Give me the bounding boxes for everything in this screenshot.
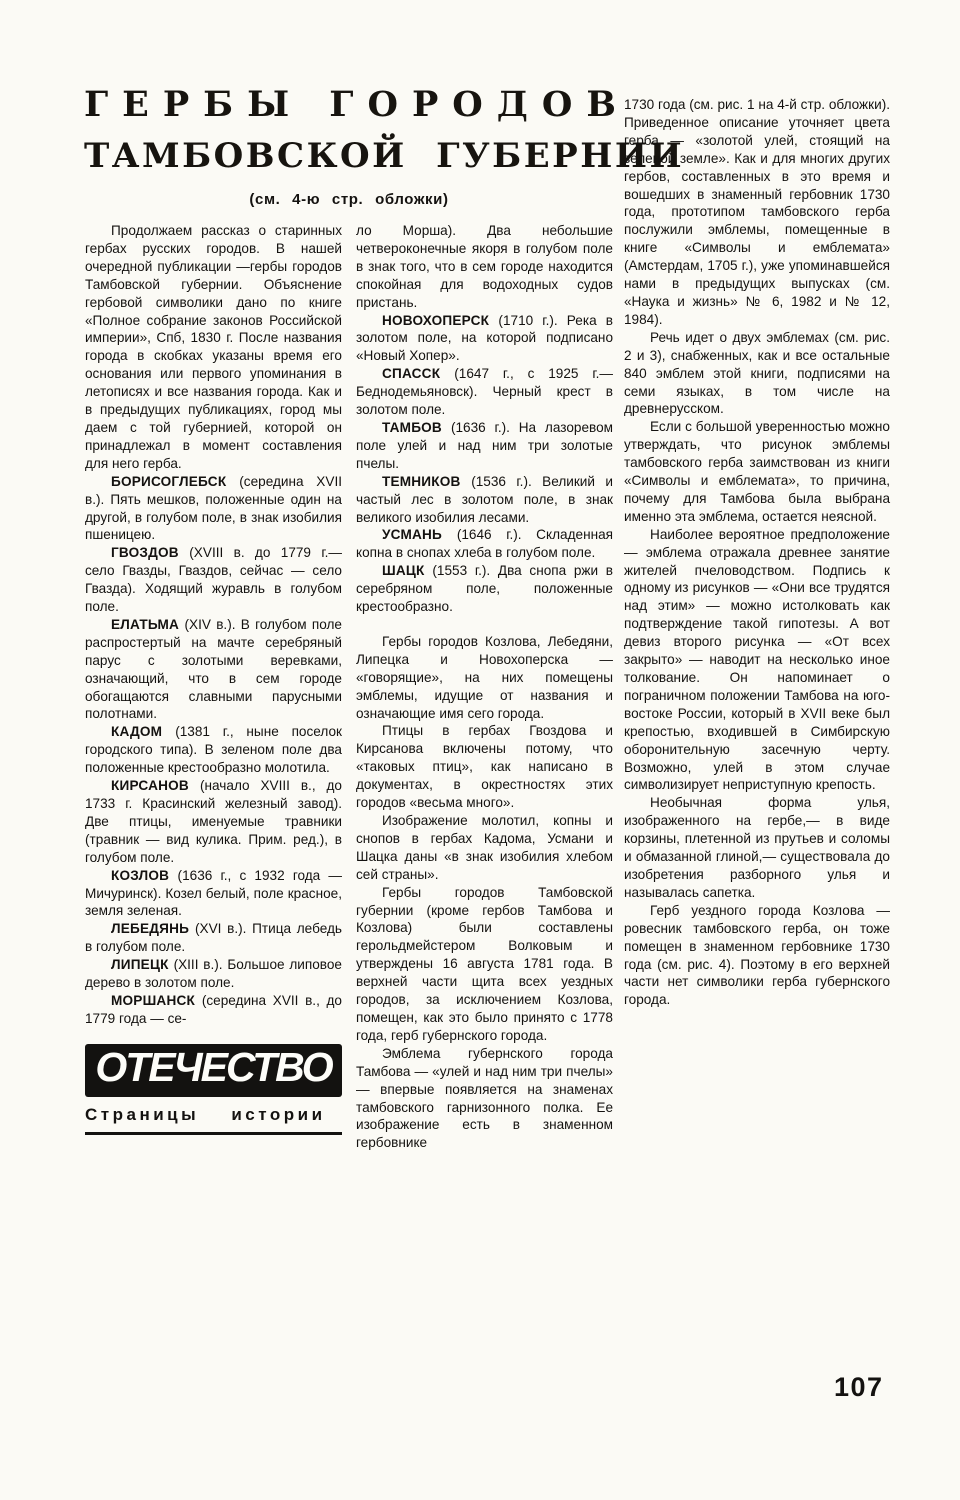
paragraph: Герб уездного города Козлова — ровесник … (624, 902, 890, 1009)
entry-city-name: ТЕМНИКОВ (382, 474, 471, 489)
entry-city-name: КИРСАНОВ (111, 778, 200, 793)
paragraph: Продолжаем рассказ о старинных гербах ру… (85, 222, 342, 473)
page-title-line2: ТАМБОВСКОЙ ГУБЕРНИИ (84, 136, 617, 176)
paragraph: Эмблема губернского города Тамбова — «ул… (356, 1045, 613, 1152)
entry-city-name: НОВОХОПЕРСК (382, 313, 498, 328)
glossary-entry: КИРСАНОВ (начало XVIII в., до 1733 г. Кр… (85, 777, 342, 867)
logo-text: ОТЕЧЕСТВО (95, 1044, 331, 1090)
entry-city-name: ЛЕБЕДЯНЬ (111, 921, 195, 936)
column-2: ло Морша). Два небольшие четвероконечные… (356, 222, 613, 1152)
entry-city-name: КАДОМ (111, 724, 175, 739)
glossary-entry: СПАССК (1647 г., с 1925 г.— Беднодемьяно… (356, 365, 613, 419)
entry-city-name: КОЗЛОВ (111, 868, 178, 883)
entry-city-name: БОРИСОГЛЕБСК (111, 474, 239, 489)
glossary-entry: ТЕМНИКОВ (1536 г.). Великий и частый лес… (356, 473, 613, 527)
glossary-entry: ЕЛАТЬМА (XIV в.). В голубом поле распрос… (85, 616, 342, 723)
glossary-entry: НОВОХОПЕРСК (1710 г.). Река в золотом по… (356, 312, 613, 366)
article-subtitle: (см. 4-ю стр. обложки) (84, 191, 614, 208)
magazine-page: ГЕРБЫ ГОРОДОВ ТАМБОВСКОЙ ГУБЕРНИИ (см. 4… (0, 0, 960, 1500)
article-header: ГЕРБЫ ГОРОДОВ ТАМБОВСКОЙ ГУБЕРНИИ (см. 4… (84, 84, 614, 208)
column-1: Продолжаем рассказ о старинных гербах ру… (85, 222, 342, 1135)
logo-otechestvo-banner: ОТЕЧЕСТВО (85, 1044, 342, 1097)
glossary-entry: ЛЕБЕДЯНЬ (XVI в.). Птица лебедь в голубо… (85, 920, 342, 956)
entry-city-name: ЛИПЕЦК (111, 957, 174, 972)
glossary-entry: МОРШАНСК (середина XVII в., до 1779 года… (85, 992, 342, 1028)
page-number: 107 (834, 1372, 884, 1403)
glossary-entry: ШАЦК (1553 г.). Два снопа ржи в серебрян… (356, 562, 613, 616)
paragraph: Речь идет о двух эмблемах (см. рис. 2 и … (624, 329, 890, 419)
glossary-entry: УСМАНЬ (1646 г.). Складенная копна в сно… (356, 526, 613, 562)
paragraph: ло Морша). Два небольшие четвероконечные… (356, 222, 613, 312)
paragraph: Птицы в гербах Гвоздова и Кирсанова вклю… (356, 722, 613, 812)
entry-city-name: ШАЦК (382, 563, 432, 578)
paragraph: Гербы городов Тамбовской губернии (кроме… (356, 884, 613, 1045)
entry-city-name: ТАМБОВ (382, 420, 451, 435)
glossary-entry: КОЗЛОВ (1636 г., с 1932 года — Мичуринск… (85, 867, 342, 921)
column-3: 1730 года (см. рис. 1 на 4-й стр. обложк… (624, 96, 890, 1009)
glossary-entry: ЛИПЕЦК (XIII в.). Большое липовое дерево… (85, 956, 342, 992)
glossary-entry: БОРИСОГЛЕБСК (середина XVII в.). Пять ме… (85, 473, 342, 545)
glossary-entry: КАДОМ (1381 г., ныне поселок городского … (85, 723, 342, 777)
entry-city-name: УСМАНЬ (382, 527, 457, 542)
glossary-entry: ГВОЗДОВ (XVIII в. до 1779 г.— село Гвазд… (85, 544, 342, 616)
logo-tagline: Страницы истории (85, 1106, 342, 1135)
paragraph: Если с большой уверенностью можно утверж… (624, 418, 890, 525)
column-1-text: Продолжаем рассказ о старинных гербах ру… (85, 222, 342, 1028)
magazine-logo: ОТЕЧЕСТВО Страницы истории (85, 1044, 342, 1135)
paragraph: Наиболее вероятное предположение — эмбле… (624, 526, 890, 795)
entry-city-name: ГВОЗДОВ (111, 545, 189, 560)
paragraph: Гербы городов Козлова, Лебедяни, Липецка… (356, 633, 613, 723)
entry-city-name: МОРШАНСК (111, 993, 202, 1008)
glossary-entry: ТАМБОВ (1636 г.). На лазоревом поле улей… (356, 419, 613, 473)
entry-city-name: ЕЛАТЬМА (111, 617, 185, 632)
paragraph: Изображение молотил, копны и снопов в ге… (356, 812, 613, 884)
page-title-line1: ГЕРБЫ ГОРОДОВ (84, 84, 628, 125)
paragraph: Необычная форма улья, изображенного на г… (624, 794, 890, 901)
entry-city-name: СПАССК (382, 366, 454, 381)
paragraph: 1730 года (см. рис. 1 на 4-й стр. обложк… (624, 96, 890, 329)
